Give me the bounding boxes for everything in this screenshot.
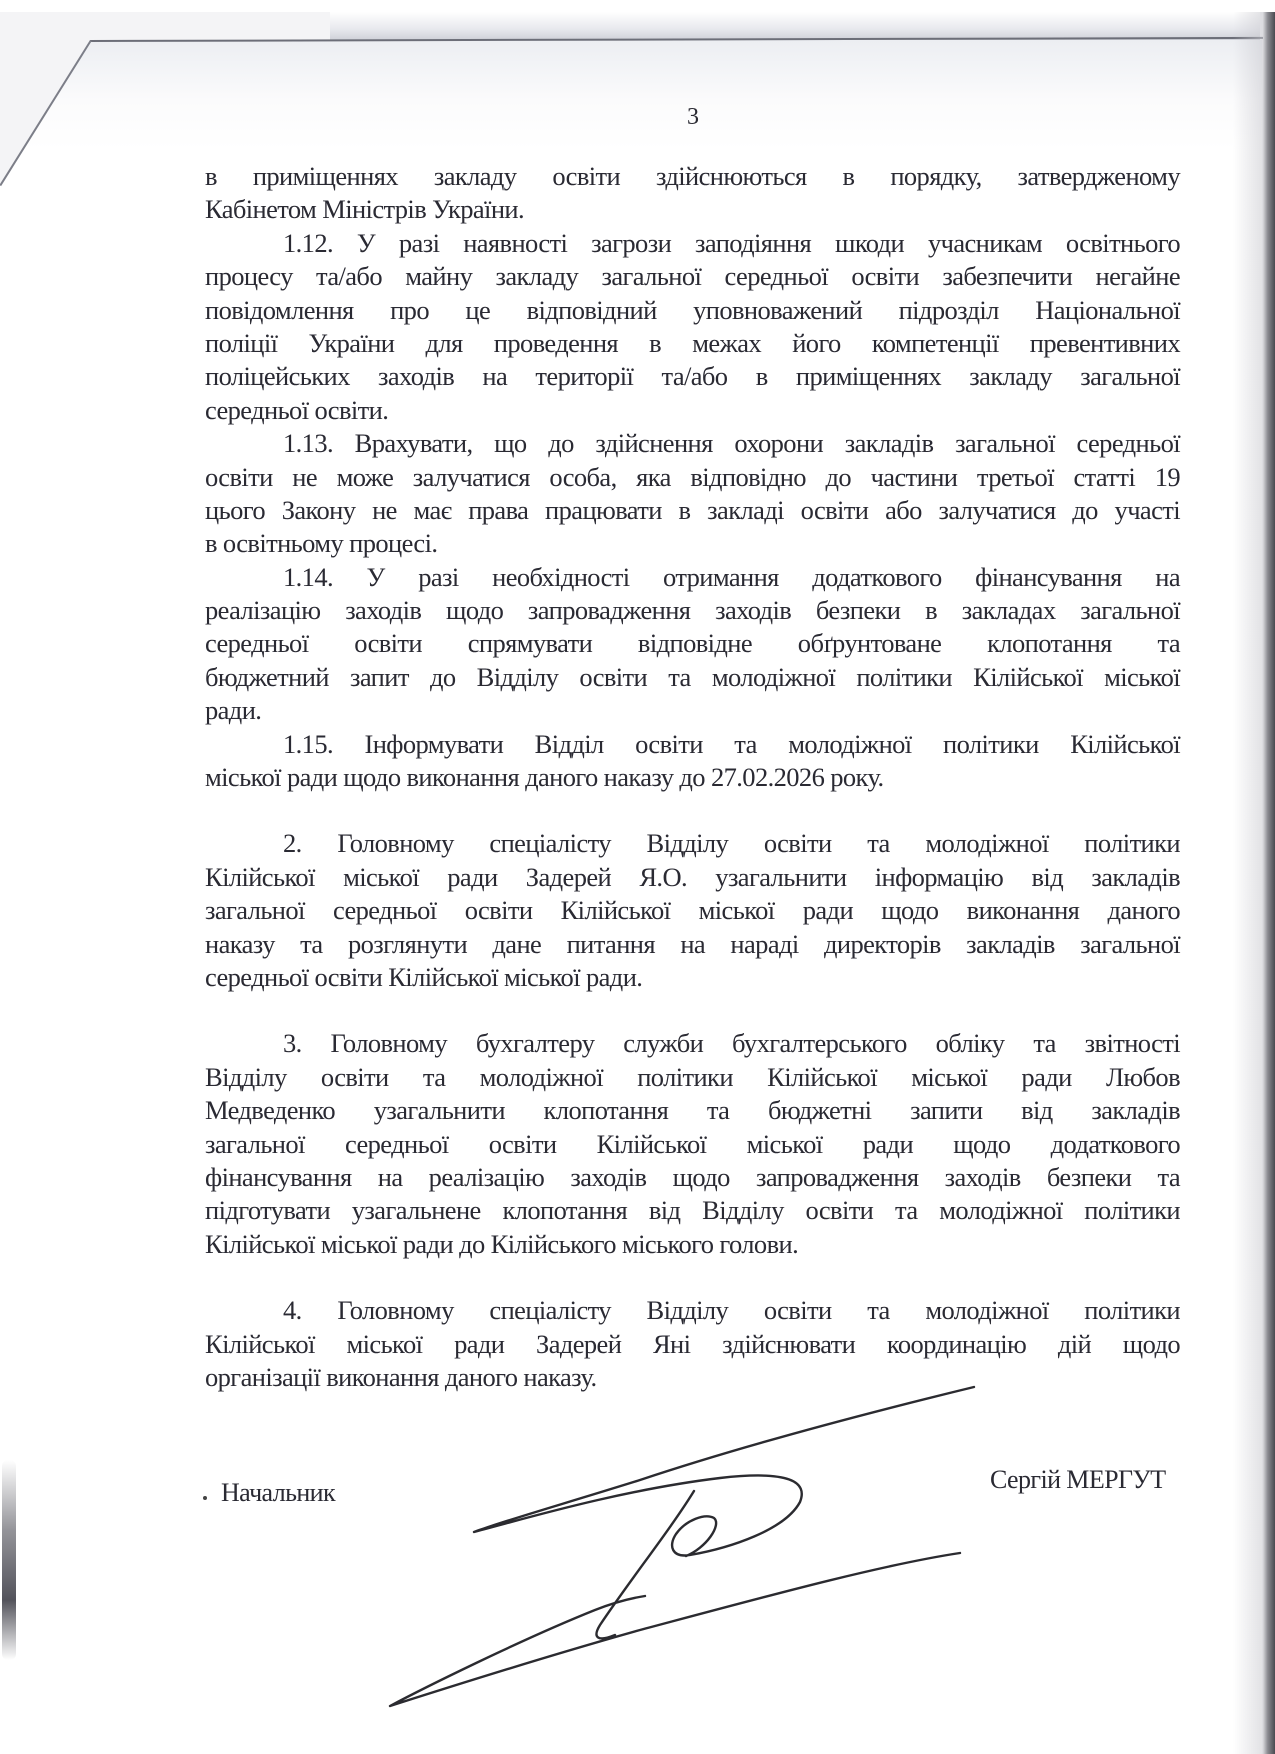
text-line: поліцейських заходів на території та/або… bbox=[205, 360, 1180, 393]
text-line: середньої освіти спрямувати відповідне о… bbox=[205, 627, 1180, 660]
text-line: 3. Головному бухгалтеру служби бухгалтер… bbox=[205, 1027, 1180, 1060]
paragraph-3: 3. Головному бухгалтеру служби бухгалтер… bbox=[205, 1027, 1180, 1261]
text-line: 1.15. Інформувати Відділ освіти та молод… bbox=[205, 728, 1180, 761]
paragraph-1-12: 1.12. У разі наявності загрози заподіянн… bbox=[205, 227, 1180, 427]
text-line: 4. Головному спеціалісту Відділу освіти … bbox=[205, 1294, 1180, 1327]
page-number: 3 bbox=[683, 104, 703, 131]
scan-smudge bbox=[2, 1460, 16, 1660]
text-line: організації виконання даного наказу. bbox=[205, 1361, 1180, 1394]
paragraph-1-14: 1.14. У разі необхідності отримання дода… bbox=[205, 561, 1180, 728]
scan-top-margin bbox=[0, 0, 1275, 12]
text-line: наказу та розглянути дане питання на нар… bbox=[205, 928, 1180, 961]
paragraph-4: 4. Головному спеціалісту Відділу освіти … bbox=[205, 1294, 1180, 1394]
paper-stack-edge bbox=[330, 12, 1260, 40]
paragraph-2: 2. Головному спеціалісту Відділу освіти … bbox=[205, 827, 1180, 994]
document-body: в приміщеннях закладу освіти здійснюютьс… bbox=[205, 160, 1180, 1394]
scanner-border bbox=[1263, 12, 1275, 1754]
text-line: фінансування на реалізацію заходів щодо … bbox=[205, 1161, 1180, 1194]
text-line: підготувати узагальнене клопотання від В… bbox=[205, 1194, 1180, 1227]
text-line: Медведенко узагальнити клопотання та бюд… bbox=[205, 1094, 1180, 1127]
text-line: 1.12. У разі наявності загрози заподіянн… bbox=[205, 227, 1180, 260]
text-line: Кілійської міської ради до Кілійського м… bbox=[205, 1228, 1180, 1261]
text-line: Кабінетом Міністрів України. bbox=[205, 193, 1180, 226]
text-line: 2. Головному спеціалісту Відділу освіти … bbox=[205, 827, 1180, 860]
text-line: середньої освіти Кілійської міської ради… bbox=[205, 961, 1180, 994]
paragraph-1-13: 1.13. Врахувати, що до здійснення охорон… bbox=[205, 427, 1180, 561]
paragraph-continuation: в приміщеннях закладу освіти здійснюютьс… bbox=[205, 160, 1180, 227]
text-line: 1.14. У разі необхідності отримання дода… bbox=[205, 561, 1180, 594]
text-line: середньої освіти. bbox=[205, 394, 1180, 427]
text-line: процесу та/або майну закладу загальної с… bbox=[205, 260, 1180, 293]
text-line: цього Закону не має права працювати в за… bbox=[205, 494, 1180, 527]
text-line: Кілійської міської ради Задерей Я.О. уза… bbox=[205, 861, 1180, 894]
text-line: 1.13. Врахувати, що до здійснення охорон… bbox=[205, 427, 1180, 460]
text-line: міської ради щодо виконання даного наказ… bbox=[205, 761, 1180, 794]
text-line: освіти не може залучатися особа, яка від… bbox=[205, 461, 1180, 494]
text-line: загальної середньої освіти Кілійської мі… bbox=[205, 894, 1180, 927]
signatory-title: Начальник bbox=[221, 1478, 335, 1508]
text-line: ради. bbox=[205, 694, 1180, 727]
paragraph-1-15: 1.15. Інформувати Відділ освіти та молод… bbox=[205, 728, 1180, 795]
text-line: в приміщеннях закладу освіти здійснюютьс… bbox=[205, 160, 1180, 193]
text-line: реалізацію заходів щодо запровадження за… bbox=[205, 594, 1180, 627]
text-line: Відділу освіти та молодіжної політики Кі… bbox=[205, 1061, 1180, 1094]
text-line: поліції України для проведення в межах й… bbox=[205, 327, 1180, 360]
signatory-name: Сергій МЕРГУТ bbox=[990, 1465, 1165, 1495]
text-line: повідомлення про це відповідний уповнова… bbox=[205, 294, 1180, 327]
text-line: в освітньому процесі. bbox=[205, 527, 1180, 560]
text-line: Кілійської міської ради Задерей Яні здій… bbox=[205, 1328, 1180, 1361]
text-line: бюджетний запит до Відділу освіти та мол… bbox=[205, 661, 1180, 694]
scan-shadow bbox=[1233, 12, 1263, 1754]
text-line: загальної середньої освіти Кілійської мі… bbox=[205, 1128, 1180, 1161]
